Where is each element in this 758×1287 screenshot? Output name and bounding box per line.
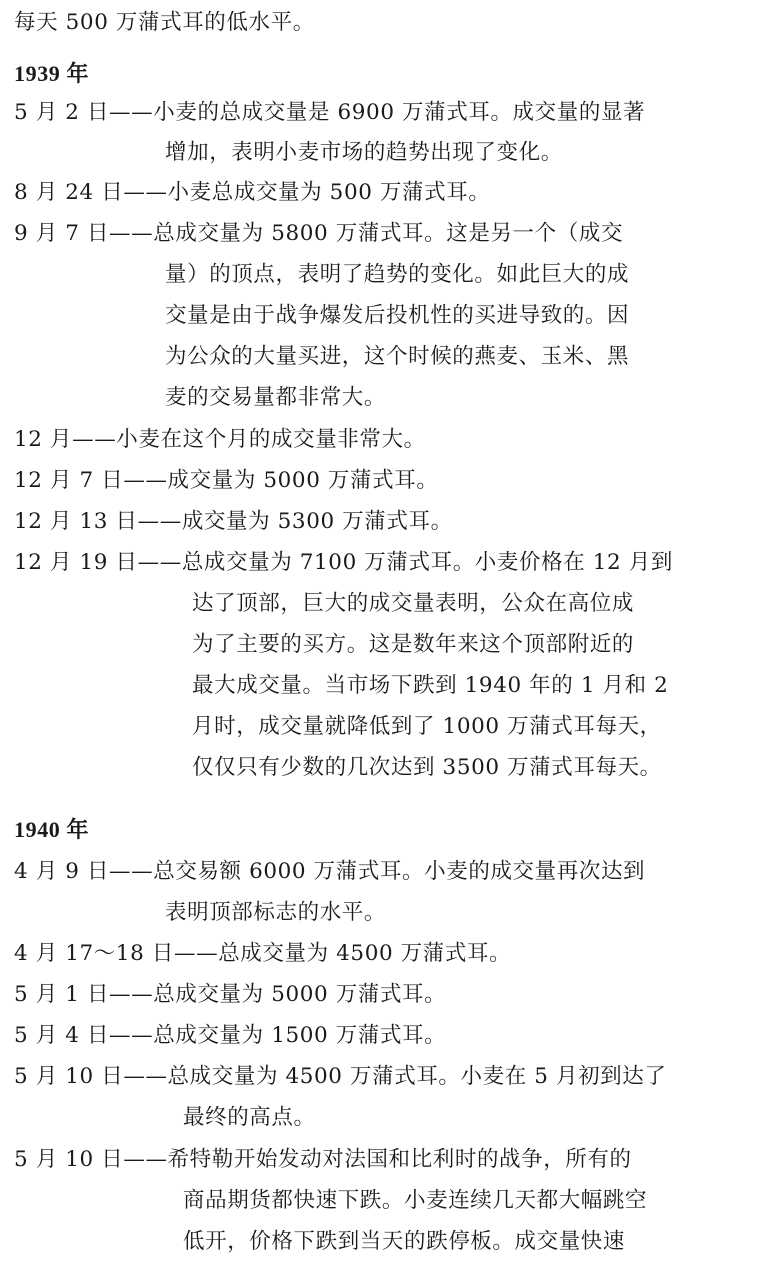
- entry-continuation: 增加，表明小麦市场的趋势出现了变化。: [165, 139, 563, 167]
- entry-may-4-1940: 5 月 4 日——总成交量为 1500 万蒲式耳。: [14, 1022, 446, 1050]
- entry-continuation: 达了顶部，巨大的成交量表明，公众在高位成: [192, 590, 634, 618]
- paragraph-line: 每天 500 万蒲式耳的低水平。: [14, 9, 315, 37]
- entry-sep-7-1939: 9 月 7 日——总成交量为 5800 万蒲式耳。这是另一个（成交: [14, 220, 623, 248]
- entry-apr-9-1940: 4 月 9 日——总交易额 6000 万蒲式耳。小麦的成交量再次达到: [14, 858, 645, 886]
- entry-aug-24-1939: 8 月 24 日——小麦总成交量为 500 万蒲式耳。: [14, 179, 490, 207]
- entry-continuation: 低开，价格下跌到当天的跌停板。成交量快速: [183, 1228, 625, 1256]
- entry-dec-1939: 12 月——小麦在这个月的成交量非常大。: [14, 426, 426, 454]
- entry-continuation: 最大成交量。当市场下跌到 1940 年的 1 月和 2: [192, 672, 668, 700]
- entry-continuation: 仅仅只有少数的几次达到 3500 万蒲式耳每天。: [192, 754, 662, 782]
- section-heading-1940: 1940 年: [14, 816, 89, 844]
- entry-may-10-1940-a: 5 月 10 日——总成交量为 4500 万蒲式耳。小麦在 5 月初到达了: [14, 1063, 666, 1091]
- entry-continuation: 交量是由于战争爆发后投机性的买进导致的。因: [165, 302, 629, 330]
- section-heading-1939: 1939 年: [14, 60, 89, 88]
- entry-continuation: 商品期货都快速下跌。小麦连续几天都大幅跳空: [183, 1187, 647, 1215]
- entry-continuation: 月时，成交量就降低到了 1000 万蒲式耳每天，: [192, 713, 662, 741]
- entry-dec-19-1939: 12 月 19 日——总成交量为 7100 万蒲式耳。小麦价格在 12 月到: [14, 549, 673, 577]
- entry-apr-17-18-1940: 4 月 17～18 日——总成交量为 4500 万蒲式耳。: [14, 940, 511, 968]
- entry-dec-7-1939: 12 月 7 日——成交量为 5000 万蒲式耳。: [14, 467, 438, 495]
- entry-may-10-1940-b: 5 月 10 日——希特勒开始发动对法国和比利时的战争，所有的: [14, 1146, 632, 1174]
- entry-continuation: 为了主要的买方。这是数年来这个顶部附近的: [192, 631, 634, 659]
- entry-continuation: 为公众的大量买进，这个时候的燕麦、玉米、黑: [165, 343, 629, 371]
- entry-continuation: 最终的高点。: [183, 1104, 316, 1132]
- entry-continuation: 量）的顶点，表明了趋势的变化。如此巨大的成: [165, 261, 629, 289]
- entry-dec-13-1939: 12 月 13 日——成交量为 5300 万蒲式耳。: [14, 508, 453, 536]
- entry-continuation: 表明顶部标志的水平。: [165, 899, 386, 927]
- entry-may-2-1939: 5 月 2 日——小麦的总成交量是 6900 万蒲式耳。成交量的显著: [14, 99, 645, 127]
- document-page: 每天 500 万蒲式耳的低水平。 1939 年 5 月 2 日——小麦的总成交量…: [0, 0, 758, 1287]
- entry-continuation: 麦的交易量都非常大。: [165, 384, 386, 412]
- entry-may-1-1940: 5 月 1 日——总成交量为 5000 万蒲式耳。: [14, 981, 446, 1009]
